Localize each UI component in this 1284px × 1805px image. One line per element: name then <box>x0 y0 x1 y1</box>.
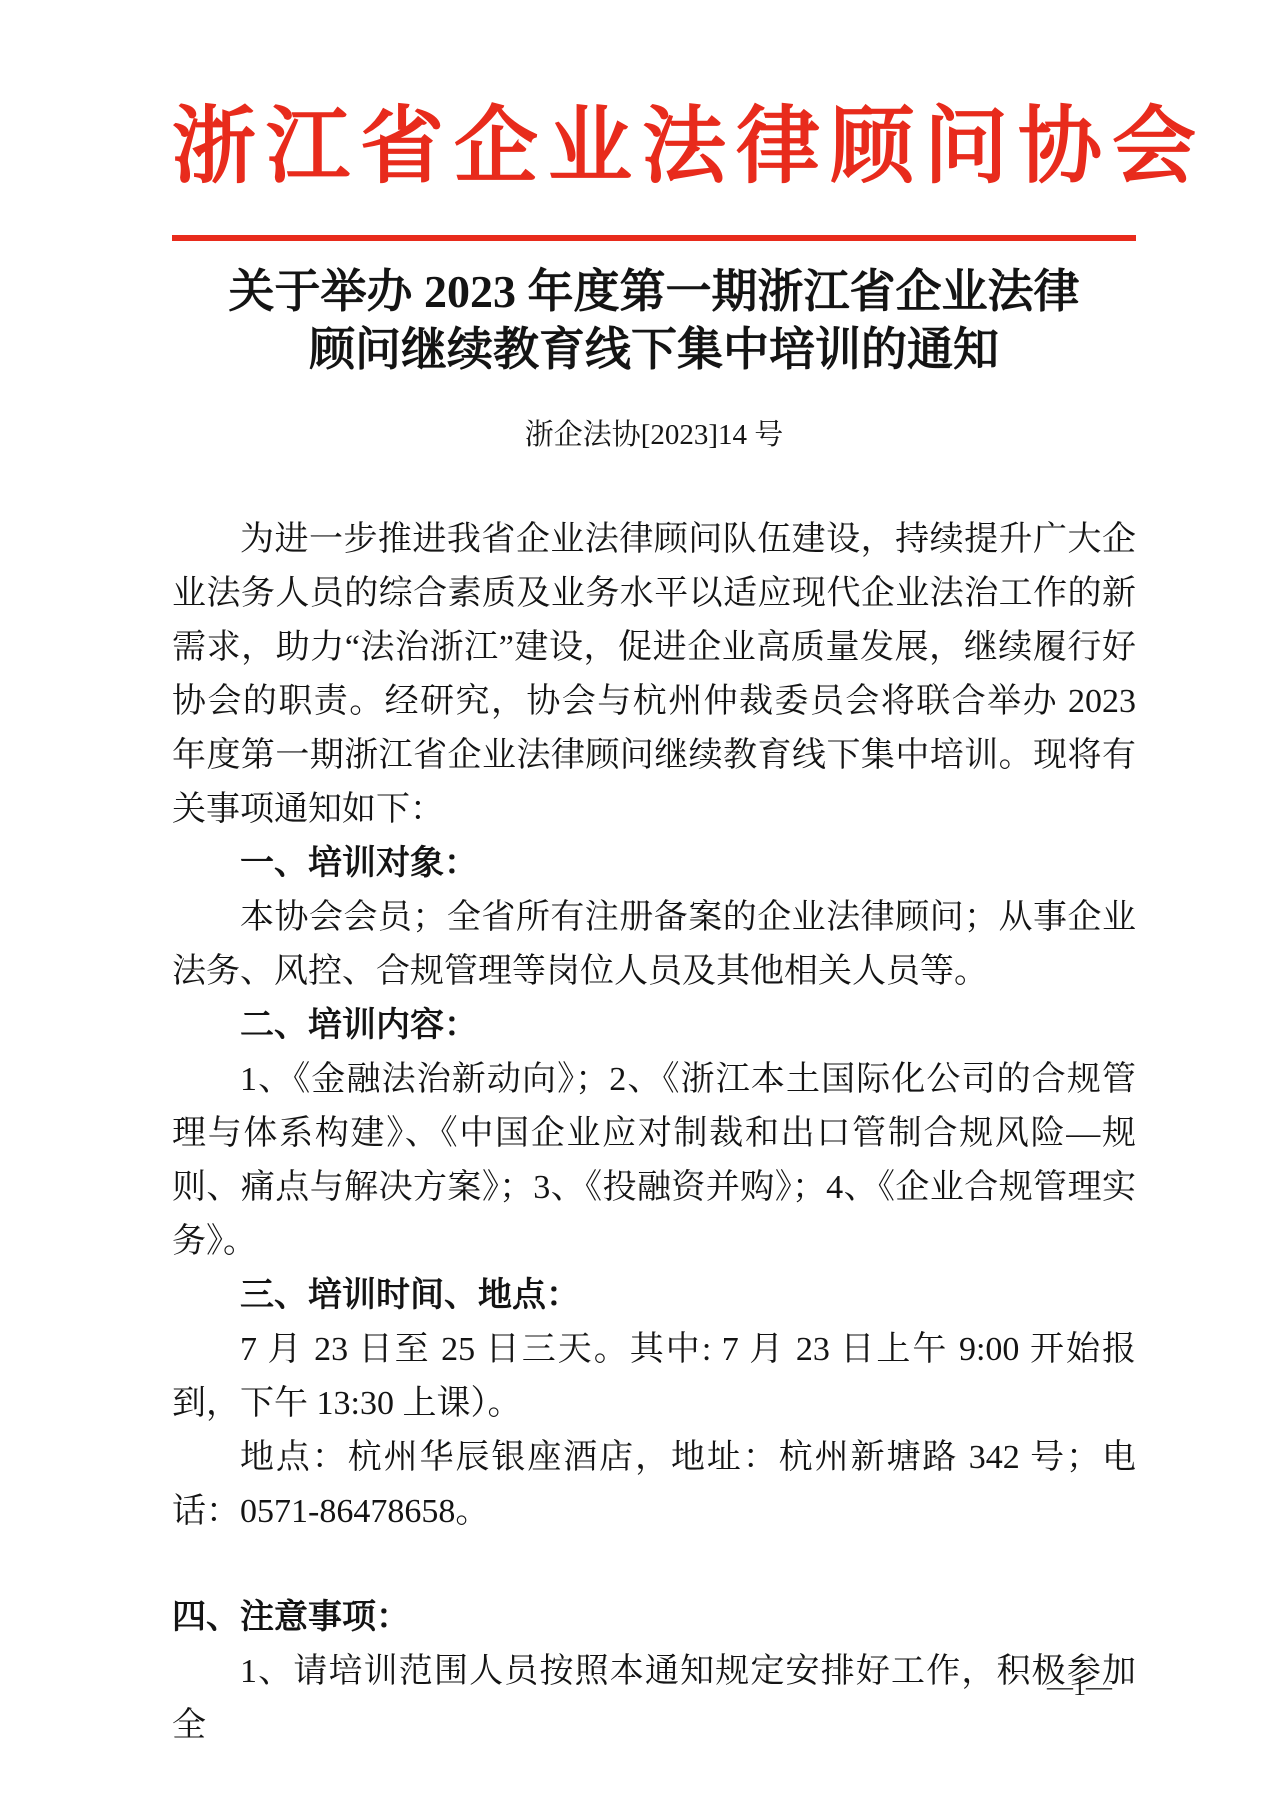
document-reference-number: 浙企法协[2023]14 号 <box>172 415 1136 455</box>
section-2-paragraph: 1、《金融法治新动向》；2、《浙江本土国际化公司的合规管理与体系构建》、《中国企… <box>172 1053 1136 1269</box>
document-body: 为进一步推进我省企业法律顾问队伍建设，持续提升广大企业法务人员的综合素质及业务水… <box>172 513 1136 1753</box>
intro-paragraph: 为进一步推进我省企业法律顾问队伍建设，持续提升广大企业法务人员的综合素质及业务水… <box>172 513 1136 837</box>
association-letterhead: 浙江省企业法律顾问协会 <box>172 100 1136 197</box>
section-2-heading: 二、培训内容： <box>172 999 1136 1053</box>
section-3-paragraph-location: 地点：杭州华辰银座酒店，地址：杭州新塘路 342 号；电话：0571-86478… <box>172 1431 1136 1539</box>
section-3-paragraph-time: 7 月 23 日至 25 日三天。其中: 7 月 23 日上午 9:00 开始报… <box>172 1323 1136 1431</box>
section-1-paragraph: 本协会会员；全省所有注册备案的企业法律顾问；从事企业法务、风控、合规管理等岗位人… <box>172 891 1136 999</box>
section-1-heading: 一、培训对象： <box>172 837 1136 891</box>
section-4-paragraph: 1、请培训范围人员按照本通知规定安排好工作，积极参加全 <box>172 1645 1136 1753</box>
document-content: 浙江省企业法律顾问协会 关于举办 2023 年度第一期浙江省企业法律 顾问继续教… <box>0 0 1284 1753</box>
section-3-heading: 三、培训时间、地点： <box>172 1269 1136 1323</box>
section-4-heading: 四、注意事项： <box>172 1591 1136 1645</box>
document-title: 关于举办 2023 年度第一期浙江省企业法律 顾问继续教育线下集中培训的通知 <box>172 263 1136 379</box>
document-title-line-1: 关于举办 2023 年度第一期浙江省企业法律 <box>172 263 1136 321</box>
letterhead-divider-rule <box>172 235 1136 241</box>
document-page: 浙江省企业法律顾问协会 关于举办 2023 年度第一期浙江省企业法律 顾问继续教… <box>0 0 1284 1805</box>
document-title-line-2: 顾问继续教育线下集中培训的通知 <box>172 321 1136 379</box>
page-number: —1— <box>1047 1672 1112 1702</box>
